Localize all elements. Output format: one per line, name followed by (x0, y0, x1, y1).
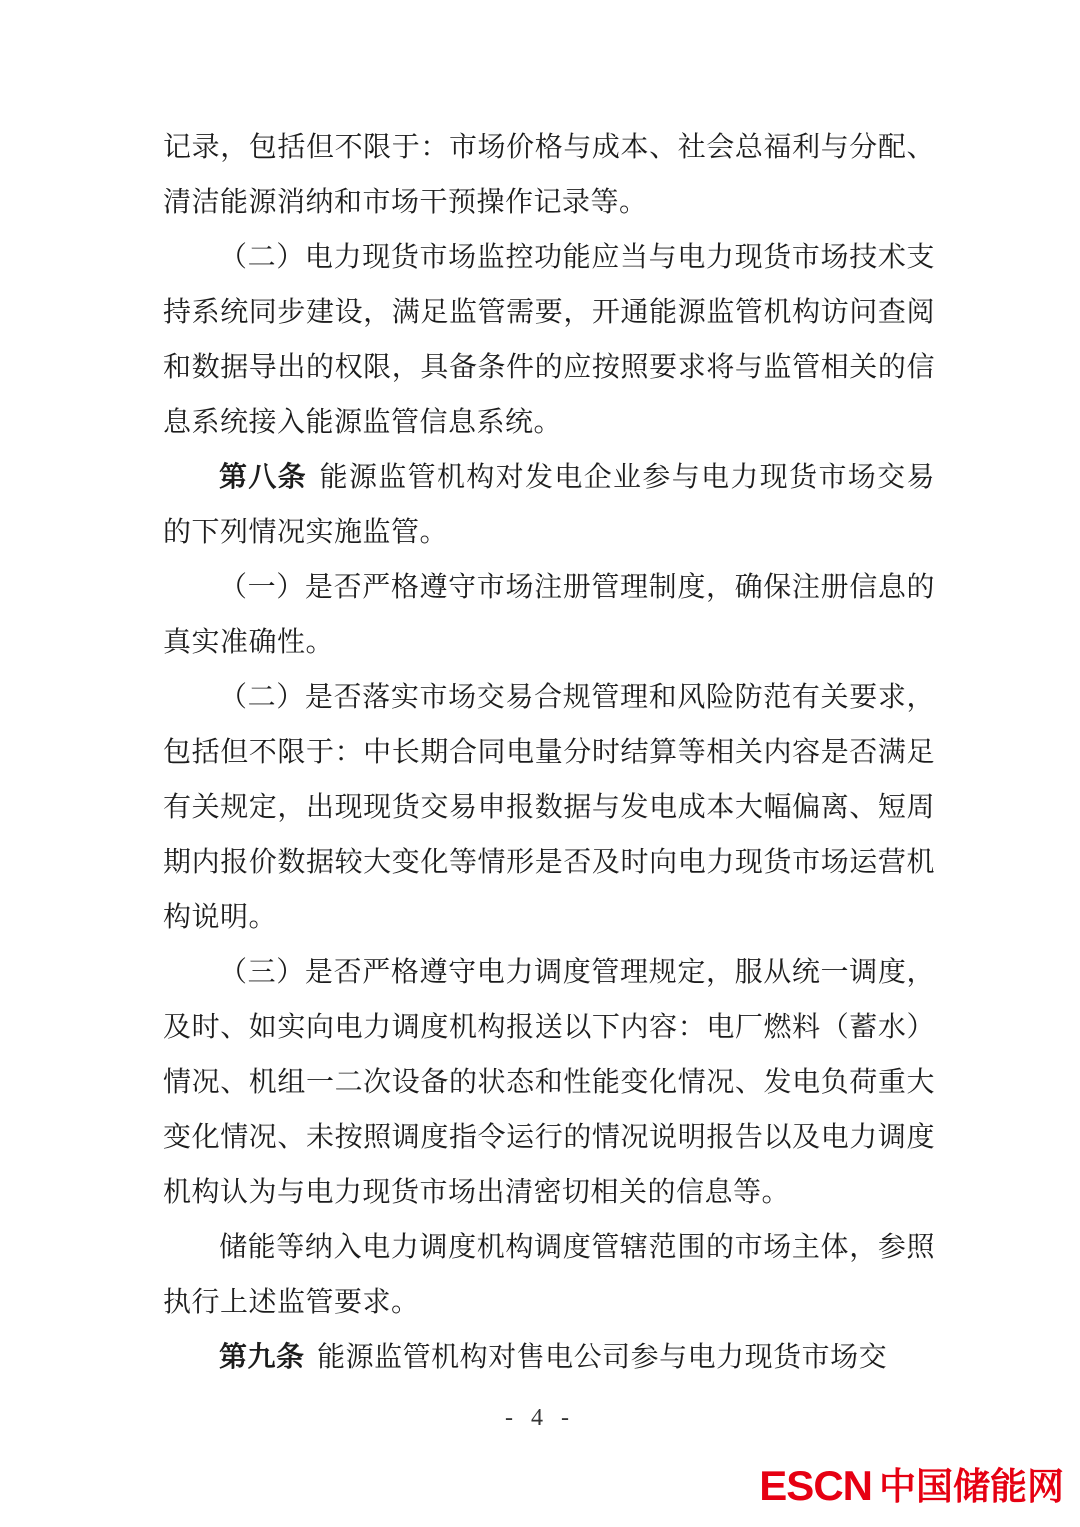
paragraph-text: （三）是否严格遵守电力调度管理规定，服从统一调度，及时、如实向电力调度机构报送以… (163, 957, 935, 1208)
paragraph-storage: 储能等纳入电力调度机构调度管辖范围的市场主体，参照执行上述监管要求。 (163, 1220, 935, 1330)
paragraph-article-9: 第九条能源监管机构对售电公司参与电力现货市场交 (163, 1330, 935, 1385)
paragraph-item-3: （三）是否严格遵守电力调度管理规定，服从统一调度，及时、如实向电力调度机构报送以… (163, 945, 935, 1220)
paragraph-text: （一）是否严格遵守市场注册管理制度，确保注册信息的真实准确性。 (163, 572, 935, 658)
paragraph-continuation: 记录，包括但不限于：市场价格与成本、社会总福利与分配、清洁能源消纳和市场干预操作… (163, 120, 935, 230)
paragraph-item-1: （一）是否严格遵守市场注册管理制度，确保注册信息的真实准确性。 (163, 560, 935, 670)
paragraph-article-8: 第八条能源监管机构对发电企业参与电力现货市场交易的下列情况实施监管。 (163, 450, 935, 560)
document-page: 记录，包括但不限于：市场价格与成本、社会总福利与分配、清洁能源消纳和市场干预操作… (0, 0, 1080, 1527)
escn-watermark-logo: ESCN 中国储能网 (759, 1465, 1064, 1507)
paragraph-text: 能源监管机构对售电公司参与电力现货市场交 (317, 1342, 887, 1373)
paragraph-text: （二）电力现货市场监控功能应当与电力现货市场技术支持系统同步建设，满足监管需要，… (163, 242, 935, 438)
logo-cjk-text: 中国储能网 (879, 1468, 1064, 1505)
logo-latin-text: ESCN (759, 1465, 872, 1507)
paragraph-text: 记录，包括但不限于：市场价格与成本、社会总福利与分配、清洁能源消纳和市场干预操作… (163, 132, 935, 218)
paragraph-item-2: （二）电力现货市场监控功能应当与电力现货市场技术支持系统同步建设，满足监管需要，… (163, 230, 935, 450)
page-number: - 4 - (0, 1405, 1080, 1432)
document-body: 记录，包括但不限于：市场价格与成本、社会总福利与分配、清洁能源消纳和市场干预操作… (163, 120, 935, 1385)
article-number-label: 第八条 (219, 462, 307, 493)
paragraph-item-2b: （二）是否落实市场交易合规管理和风险防范有关要求，包括但不限于：中长期合同电量分… (163, 670, 935, 945)
article-number-label: 第九条 (219, 1342, 305, 1373)
paragraph-text: （二）是否落实市场交易合规管理和风险防范有关要求，包括但不限于：中长期合同电量分… (163, 682, 935, 933)
paragraph-text: 储能等纳入电力调度机构调度管辖范围的市场主体，参照执行上述监管要求。 (163, 1232, 935, 1318)
